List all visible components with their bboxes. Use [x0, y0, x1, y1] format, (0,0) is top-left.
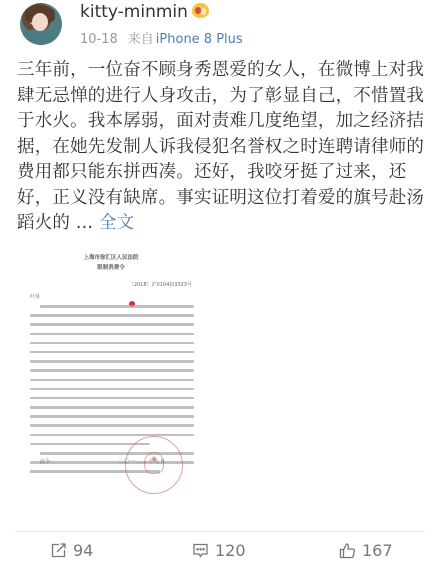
post-image-court-document[interactable]: 上海市徐汇区人民法院 限制消费令 （2018）沪0104执3323号 叶某 此令… [22, 236, 200, 506]
post-date: 10-18 [80, 32, 118, 47]
court-seal [125, 436, 183, 494]
avatar[interactable] [20, 3, 62, 45]
emoji-badge-icon [192, 3, 209, 18]
username-row: kitty-minmin [80, 2, 209, 22]
post-header: kitty-minmin 10-18来自iPhone 8 Plus [0, 0, 439, 54]
doc-court-name: 上海市徐汇区人民法院 [22, 253, 200, 261]
divider [15, 531, 425, 532]
doc-date: 二〇一……十九日 [118, 458, 166, 465]
post-text: 三年前，一位奋不顾身秀恩爱的女人，在微博上对我肆无忌惮的进行人身攻击，为了彰显自… [17, 58, 427, 237]
thumbs-up-icon [339, 542, 356, 559]
like-count: 167 [362, 541, 393, 560]
action-bar: 94 120 167 [0, 536, 439, 565]
post-body: 三年前，一位奋不顾身秀恩爱的女人，在微博上对我肆无忌惮的进行人身攻击，为了彰显自… [17, 60, 424, 233]
ellipsis: ... [70, 213, 99, 233]
doc-party: 叶某 [30, 293, 40, 300]
repost-icon [50, 542, 67, 559]
comment-button[interactable]: 120 [192, 536, 246, 565]
comment-count: 120 [215, 541, 246, 560]
comment-icon [192, 542, 209, 559]
post-meta: 10-18来自iPhone 8 Plus [80, 28, 243, 47]
source-label: 来自 [128, 32, 154, 47]
like-button[interactable]: 167 [339, 536, 393, 565]
doc-closing: 此令 [40, 458, 50, 465]
doc-case-number: （2018）沪0104执3323号 [129, 281, 192, 288]
source-device-link[interactable]: iPhone 8 Plus [156, 32, 243, 47]
doc-title: 限制消费令 [22, 263, 200, 271]
repost-button[interactable]: 94 [50, 536, 93, 565]
avatar-body [22, 29, 62, 45]
repost-count: 94 [73, 541, 93, 560]
username[interactable]: kitty-minmin [80, 2, 188, 22]
avatar-face [32, 13, 48, 31]
full-text-link[interactable]: 全文 [99, 213, 134, 233]
